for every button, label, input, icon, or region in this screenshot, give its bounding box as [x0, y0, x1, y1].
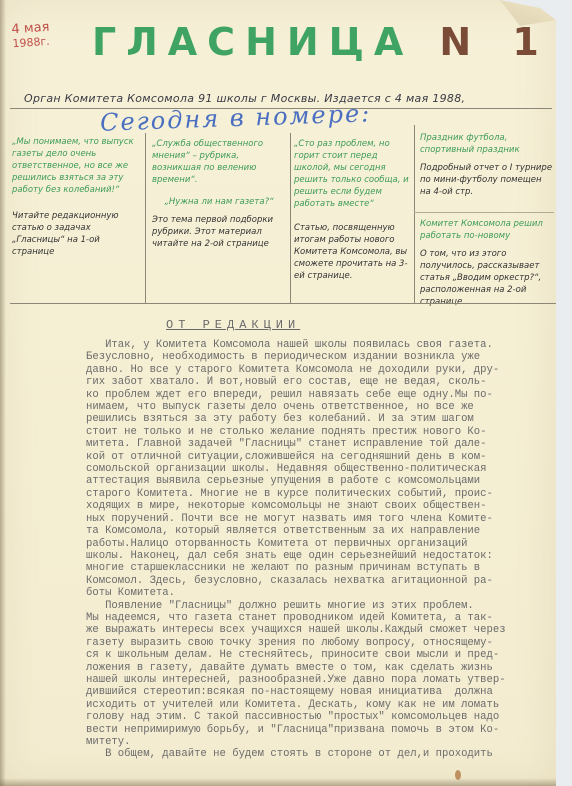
article-line: работы.Налицо оторванность Комитета от п…: [86, 538, 536, 550]
page-edge-shadow: [0, 0, 6, 786]
article-line: голову над этим. С такой пассивностью "п…: [86, 711, 536, 723]
article-line: ко проблем ждет его впереди, решил навяз…: [86, 389, 536, 401]
article-line: та Комсомола, который является ответстве…: [86, 525, 536, 537]
column-divider: [145, 133, 146, 303]
article-line: ных поручений. Почти все не могут назват…: [86, 513, 536, 525]
article-line: старого Комитета. Многие не в курсе поли…: [86, 488, 536, 500]
article-line: исходить от учителей или Комитета. Деска…: [86, 699, 536, 711]
article-line: боты Комитета.: [86, 587, 536, 599]
contents-quote: „Служба общественного мнения“ – рубрика,…: [152, 138, 286, 186]
article-line: давно. Но все у старого Комитета Комсомо…: [86, 364, 536, 376]
column-divider: [414, 125, 415, 303]
date-year: 1988г.: [12, 35, 51, 52]
article-title: ОТ РЕДАКЦИИ: [166, 318, 300, 332]
contents-note: Читайте редакционную статью о задачах „Г…: [12, 210, 142, 258]
article-line: Итак, у Комитета Комсомола нашей школы п…: [86, 339, 536, 351]
contents-note: Это тема первой подборки рубрики. Этот м…: [152, 214, 286, 250]
contents-item-3: „Сто раз проблем, но горит стоит перед ш…: [294, 138, 410, 282]
article-line: В общем, давайте не будем стоять в сторо…: [86, 748, 536, 760]
box-divider: [414, 212, 554, 213]
contents-item-1: „Мы понимаем, что выпуск газеты дело оче…: [12, 136, 142, 258]
article-line: Безусловно, необходимость в периодическо…: [86, 351, 536, 363]
article-line: вести непримиримую борьбу, и "Гласница"п…: [86, 724, 536, 736]
contents-quote: „Мы понимаем, что выпуск газеты дело оче…: [12, 136, 142, 196]
contents-heading: Праздник футбола, спортивный праздник: [420, 132, 554, 156]
editorial-article: Итак, у Комитета Комсомола нашей школы п…: [86, 339, 536, 761]
article-line: гих забот хватало. И вот,новый его соста…: [86, 376, 536, 388]
article-line: ся к школьным делам. Не стесняйтесь, при…: [86, 649, 536, 661]
contents-item-5: Комитет Комсомола решил работать по-ново…: [420, 218, 554, 308]
article-line: школы. Наконец, дал себя знать еще один …: [86, 550, 536, 562]
newspaper-title: ГЛАСНИЦА: [92, 20, 413, 64]
column-divider: [290, 133, 291, 303]
contents-heading: Комитет Комсомола решил работать по-ново…: [420, 218, 554, 242]
article-line: же выражать интересы всех учащихся нашей…: [86, 624, 536, 636]
article-line: дившийся стереотип:всякая по-настоящему …: [86, 686, 536, 698]
contents-quote: „Сто раз проблем, но горит стоит перед ш…: [294, 138, 410, 210]
article-line: стоит не только и не столько желание под…: [86, 426, 536, 438]
contents-note: О том, что из этого получилось, рассказы…: [420, 248, 554, 308]
divider: [10, 303, 556, 304]
article-line: многие старшеклассники не желают по разн…: [86, 562, 536, 574]
contents-item-2: „Служба общественного мнения“ – рубрика,…: [152, 138, 286, 250]
article-line: митету.: [86, 736, 536, 748]
contents-subheading: „Нужна ли нам газета?“: [152, 196, 286, 208]
article-line: нашей школы интересней, разнообразней.Уж…: [86, 674, 536, 686]
article-line: кой от отличной ситуации,сложившейся на …: [86, 451, 536, 463]
article-line: ложения в газету, давайте думать вместе …: [86, 662, 536, 674]
article-line: ходящих в мире, некоторые комсомольцы не…: [86, 500, 536, 512]
article-line: аттестация выявила серьезные упущения в …: [86, 475, 536, 487]
masthead: ГЛАСНИЦА N 1: [92, 20, 553, 64]
page-edge-shadow: [0, 778, 556, 786]
article-line: Комсомол. Здесь, безусловно, сказалась н…: [86, 575, 536, 587]
article-line: нимаем, что выпуск газеты дело очень отв…: [86, 401, 536, 413]
article-line: газету выразить свою точку зрения по люб…: [86, 637, 536, 649]
newspaper-page: 4 мая 1988г. ГЛАСНИЦА N 1 Орган Комитета…: [0, 0, 556, 786]
article-line: митета. Главной задачей "Гласницы" стане…: [86, 438, 536, 450]
article-line: сомольской организации школы. Недавняя о…: [86, 463, 536, 475]
handwritten-date: 4 мая 1988г.: [11, 21, 51, 52]
ink-stain: [455, 770, 461, 780]
contents-item-4: Праздник футбола, спортивный праздник По…: [420, 132, 554, 198]
article-line: Появление "Гласницы" должно решить многи…: [86, 600, 536, 612]
contents-note: Подробный отчет о I турнире по мини-футб…: [420, 162, 554, 198]
article-line: решились взяться за эту работу без колеб…: [86, 413, 536, 425]
issue-number: N 1: [439, 20, 552, 64]
contents-note: Статью, посвященную итогам работы нового…: [294, 222, 410, 282]
article-line: Мы надеемся, что газета станет проводник…: [86, 612, 536, 624]
